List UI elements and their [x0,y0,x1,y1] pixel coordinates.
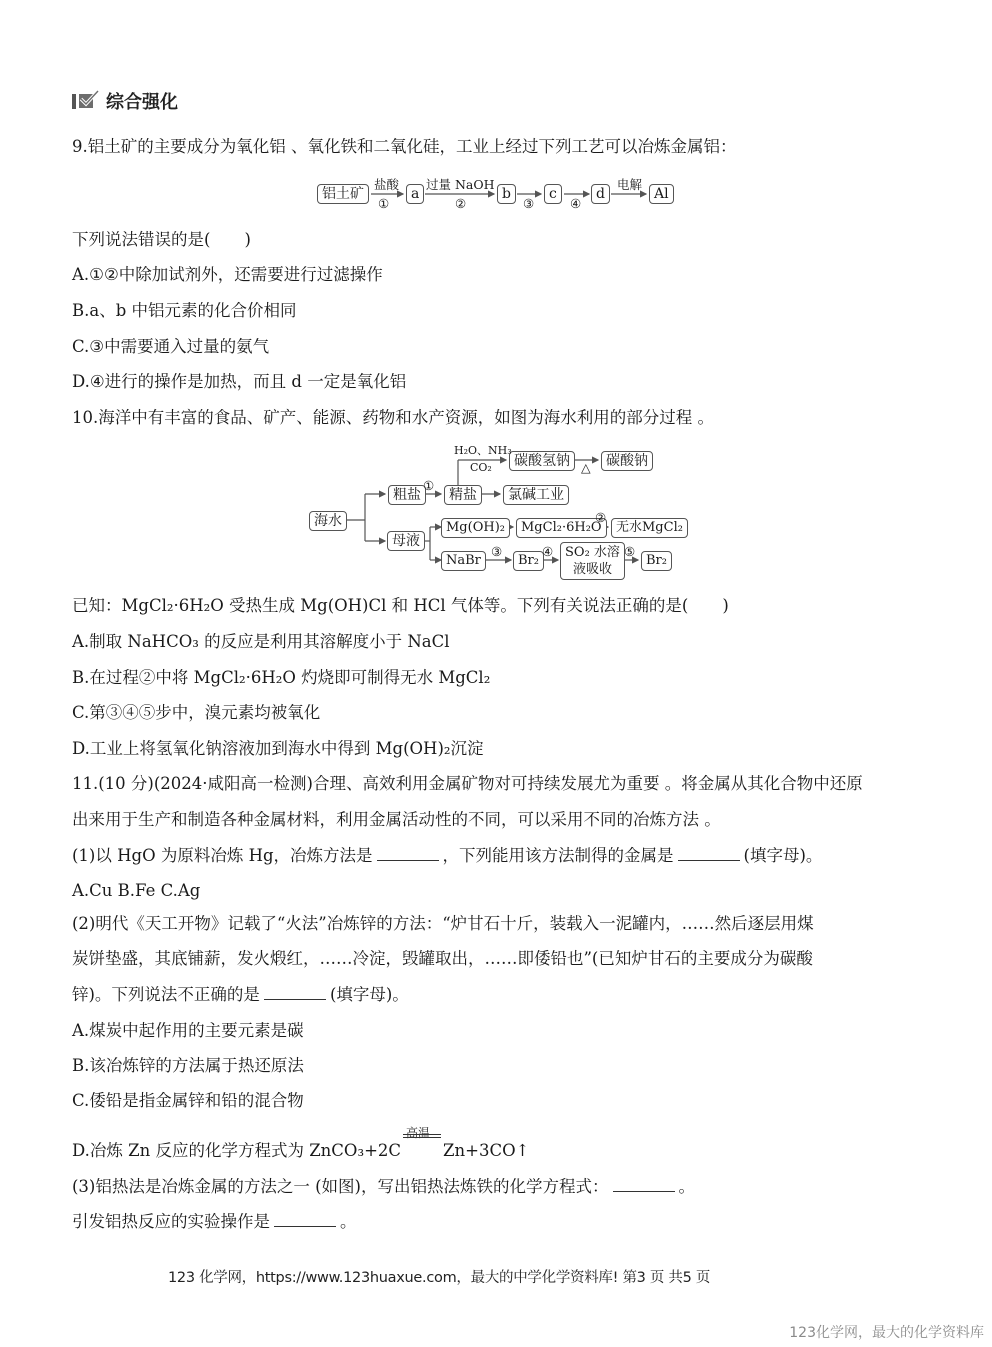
node-mgcl2-hydrate: MgCl₂·6H₂O [516,518,607,538]
q11-part2-option-a: A.煤炭中起作用的主要元素是碳 [72,1020,304,1042]
watermark: 123化学网，最大的化学资料库 [789,1322,984,1342]
q11-part2-line3: 锌)。下列说法不正确的是(填字母)。 [72,984,409,1006]
q11-stem-line2: 出来用于生产和制造各种金属材料，利用金属活动性的不同，可以采用不同的冶炼方法 。 [72,809,721,831]
step-4: ④ [542,544,553,559]
q11-part2-blank[interactable] [264,985,326,1000]
reagents-h2o-nh3: H₂O、NH₃ [454,442,512,458]
so2-absorb-line2: 液吸收 [565,561,620,578]
q11-option-d-suffix: Zn+3CO↑ [443,1141,529,1160]
q11-part2-option-c: C.倭铅是指金属锌和铅的混合物 [72,1090,304,1112]
q11-part3-line2: 引发铝热反应的实验操作是。 [72,1211,357,1233]
node-so2-absorption: SO₂ 水溶 液吸收 [560,542,625,580]
q10-option-b: B.在过程②中将 MgCl₂·6H₂O 灼烧即可制得无水 MgCl₂ [72,667,490,689]
so2-absorb-line1: SO₂ 水溶 [565,544,620,561]
q11-part3-line2-end: 。 [340,1212,357,1231]
node-nahco3: 碳酸氢钠 [509,451,575,471]
node-crude-salt: 粗盐 [388,485,426,505]
q11-part2-text-b: (填字母)。 [330,985,409,1004]
q11-part1-blank-metal[interactable] [678,846,740,861]
node-br2-first: Br₂ [513,551,544,571]
q11-part2-option-d: D.冶炼 Zn 反应的化学方程式为 ZnCO₃+2C高温 Zn+3CO↑ [72,1140,529,1162]
q11-part3-text-b: 。 [679,1177,696,1196]
q11-stem-line1: 11.(10 分)(2024·咸阳高一检测)合理、高效利用金属矿物对可持续发展尤… [72,773,863,795]
q11-part3: (3)铝热法是冶炼金属的方法之一 (如图)，写出铝热法炼铁的化学方程式：。 [72,1176,695,1198]
q11-part2-text-a: 锌)。下列说法不正确的是 [72,985,260,1004]
q11-part3-blank-operation[interactable] [274,1212,336,1227]
step-2: ② [595,510,606,525]
node-nabr: NaBr [441,551,486,571]
q11-part1-text-c: (填字母)。 [744,846,823,865]
reaction-condition: 高温 [406,1122,430,1144]
q10-option-a: A.制取 NaHCO₃ 的反应是利用其溶解度小于 NaCl [72,631,450,653]
node-anhydrous-mgcl2: 无水MgCl₂ [611,518,688,538]
q11-part1-blank-method[interactable] [377,846,439,861]
q11-part2-line2: 炭饼垫盛，其底铺薪，发火煅红，……冷淀，毁罐取出，……即倭铅也”(已知炉甘石的主… [72,948,813,970]
heat-symbol: △ [581,460,591,475]
q10-diagram-arrows [0,0,992,600]
step-1: ① [423,478,434,493]
q10-option-c: C.第③④⑤步中，溴元素均被氧化 [72,702,320,724]
q11-part3-line2-text: 引发铝热反应的实验操作是 [72,1212,270,1231]
node-na2co3: 碳酸钠 [601,451,653,471]
step-5: ⑤ [624,544,635,559]
node-mother-liquor: 母液 [387,531,425,551]
reagent-co2: CO₂ [470,461,492,474]
q11-part1: (1)以 HgO 为原料冶炼 Hg，冶炼方法是，下列能用该方法制得的金属是(填字… [72,845,822,867]
q11-option-d-prefix: D.冶炼 Zn 反应的化学方程式为 ZnCO₃+2C [72,1141,401,1160]
node-mgoh2: Mg(OH)₂ [441,518,510,538]
q10-option-d: D.工业上将氢氧化钠溶液加到海水中得到 Mg(OH)₂沉淀 [72,738,484,760]
node-seawater: 海水 [309,511,347,531]
node-chlor-alkali: 氯碱工业 [503,485,569,505]
node-refined-salt: 精盐 [444,485,482,505]
q11-part1-text-a: (1)以 HgO 为原料冶炼 Hg，冶炼方法是 [72,846,373,865]
node-br2-final: Br₂ [641,551,672,571]
q11-part1-options: A.Cu B.Fe C.Ag [72,880,200,902]
q11-part3-blank-equation[interactable] [613,1177,675,1192]
q11-part2-option-b: B.该冶炼锌的方法属于热还原法 [72,1055,304,1077]
q11-part3-text-a: (3)铝热法是冶炼金属的方法之一 (如图)，写出铝热法炼铁的化学方程式： [72,1177,609,1196]
q10-known: 已知：MgCl₂·6H₂O 受热生成 Mg(OH)Cl 和 HCl 气体等。下列… [72,595,729,617]
q10-known-text: 已知：MgCl₂·6H₂O 受热生成 Mg(OH)Cl 和 HCl 气体等。下列… [72,596,688,615]
step-3: ③ [491,544,502,559]
q11-part2-line1: (2)明代《天工开物》记载了“火法”冶炼锌的方法：“炉甘石十斤，装载入一泥罐内，… [72,913,814,935]
page-footer: 123 化学网，https://www.123huaxue.com，最大的中学化… [168,1266,710,1287]
q11-part1-text-b: ，下列能用该方法制得的金属是 [443,846,674,865]
q10-known-close: ) [722,596,728,615]
reaction-condition-arrow: 高温 [403,1140,441,1162]
